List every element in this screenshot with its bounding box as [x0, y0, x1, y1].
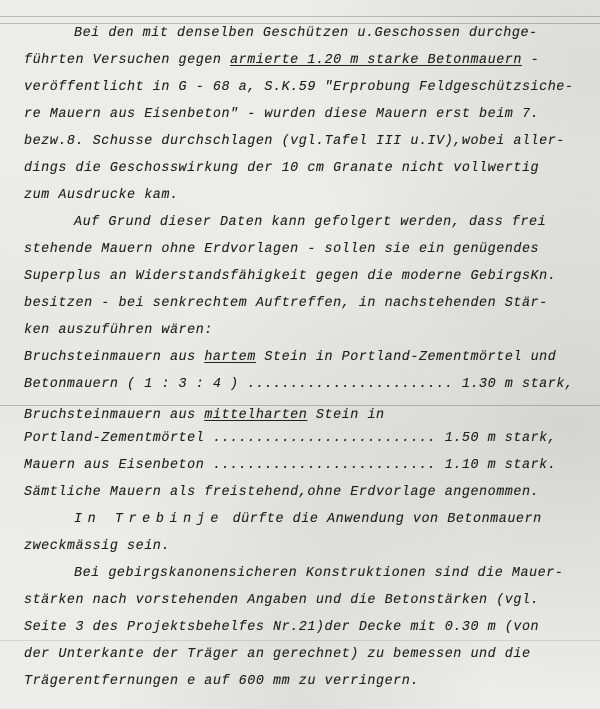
text-line: Auf Grund dieser Daten kann gefolgert we…: [74, 215, 546, 231]
spec-item-row: Betonmauern ( 1 : 3 : 4 ) ..............…: [24, 377, 574, 393]
text-span: Stein in: [307, 408, 384, 423]
text-line: re Mauern aus Eisenbeton" - wurden diese…: [24, 107, 539, 123]
text-span: -: [522, 53, 539, 68]
spec-item-value: 1.30 m stark,: [453, 377, 573, 392]
text-line: der Unterkante der Träger an gerechnet) …: [24, 647, 531, 663]
underlined-word: hartem: [204, 350, 256, 365]
spec-item-row: Portland-Zementmörtel ..................…: [24, 431, 556, 447]
ruled-line: [0, 23, 600, 24]
spec-item-label: Bruchsteinmauern aus hartem Stein in Por…: [24, 350, 556, 366]
text-line: dings die Geschosswirkung der 10 cm Gran…: [24, 161, 539, 177]
ruled-line: [0, 405, 600, 406]
text-line: bezw.8. Schusse durchschlagen (vgl.Tafel…: [24, 134, 565, 150]
text-line: besitzen - bei senkrechtem Auftreffen, i…: [24, 296, 548, 312]
text-line: Trägerentfernungen e auf 600 mm zu verri…: [24, 674, 419, 690]
ruled-line: [0, 640, 600, 641]
text-line: Seite 3 des Projektsbehelfes Nr.21)der D…: [24, 620, 539, 636]
spec-item-label: Portland-Zementmörtel ..................…: [24, 431, 436, 446]
text-span: Bruchsteinmauern aus: [24, 408, 204, 423]
spec-item-value: 1.50 m stark,: [436, 431, 556, 446]
text-line: Bei den mit denselben Geschützen u.Gesch…: [74, 26, 538, 42]
underlined-phrase: armierte 1.20 m starke Betonmauern: [230, 53, 522, 68]
spec-item-label: Betonmauern ( 1 : 3 : 4 ) ..............…: [24, 377, 453, 392]
text-line: Bei gebirgskanonensicheren Konstruktione…: [74, 566, 563, 582]
emphasized-place-name: In Trebinje: [74, 512, 224, 527]
text-line: zum Ausdrucke kam.: [24, 188, 179, 204]
text-line: In Trebinje dürfte die Anwendung von Bet…: [74, 512, 542, 528]
text-line: führten Versuchen gegen armierte 1.20 m …: [24, 53, 539, 69]
text-span: Stein in Portland-Zementmörtel und: [256, 350, 557, 365]
spec-note: Sämtliche Mauern als freistehend,ohne Er…: [24, 485, 539, 501]
text-line: veröffentlicht in G - 68 a, S.K.59 "Erpr…: [24, 80, 573, 96]
text-span: führten Versuchen gegen: [24, 53, 230, 68]
spec-item-label: Mauern aus Eisenbeton ..................…: [24, 458, 436, 473]
text-line: stärken nach vorstehenden Angaben und di…: [24, 593, 539, 609]
text-line: Superplus an Widerstandsfähigkeit gegen …: [24, 269, 556, 285]
text-line: zweckmässig sein.: [24, 539, 170, 555]
text-span: Bruchsteinmauern aus: [24, 350, 204, 365]
text-span: dürfte die Anwendung von Betonmauern: [224, 512, 542, 527]
text-line: stehende Mauern ohne Erdvorlagen - solle…: [24, 242, 539, 258]
spec-item-value: 1.10 m stark.: [436, 458, 556, 473]
spec-item-label: Bruchsteinmauern aus mittelharten Stein …: [24, 408, 385, 424]
spec-item-row: Mauern aus Eisenbeton ..................…: [24, 458, 556, 474]
ruled-line: [0, 16, 600, 17]
text-line: ken auszuführen wären:: [24, 323, 213, 339]
underlined-word: mittelharten: [204, 408, 307, 423]
